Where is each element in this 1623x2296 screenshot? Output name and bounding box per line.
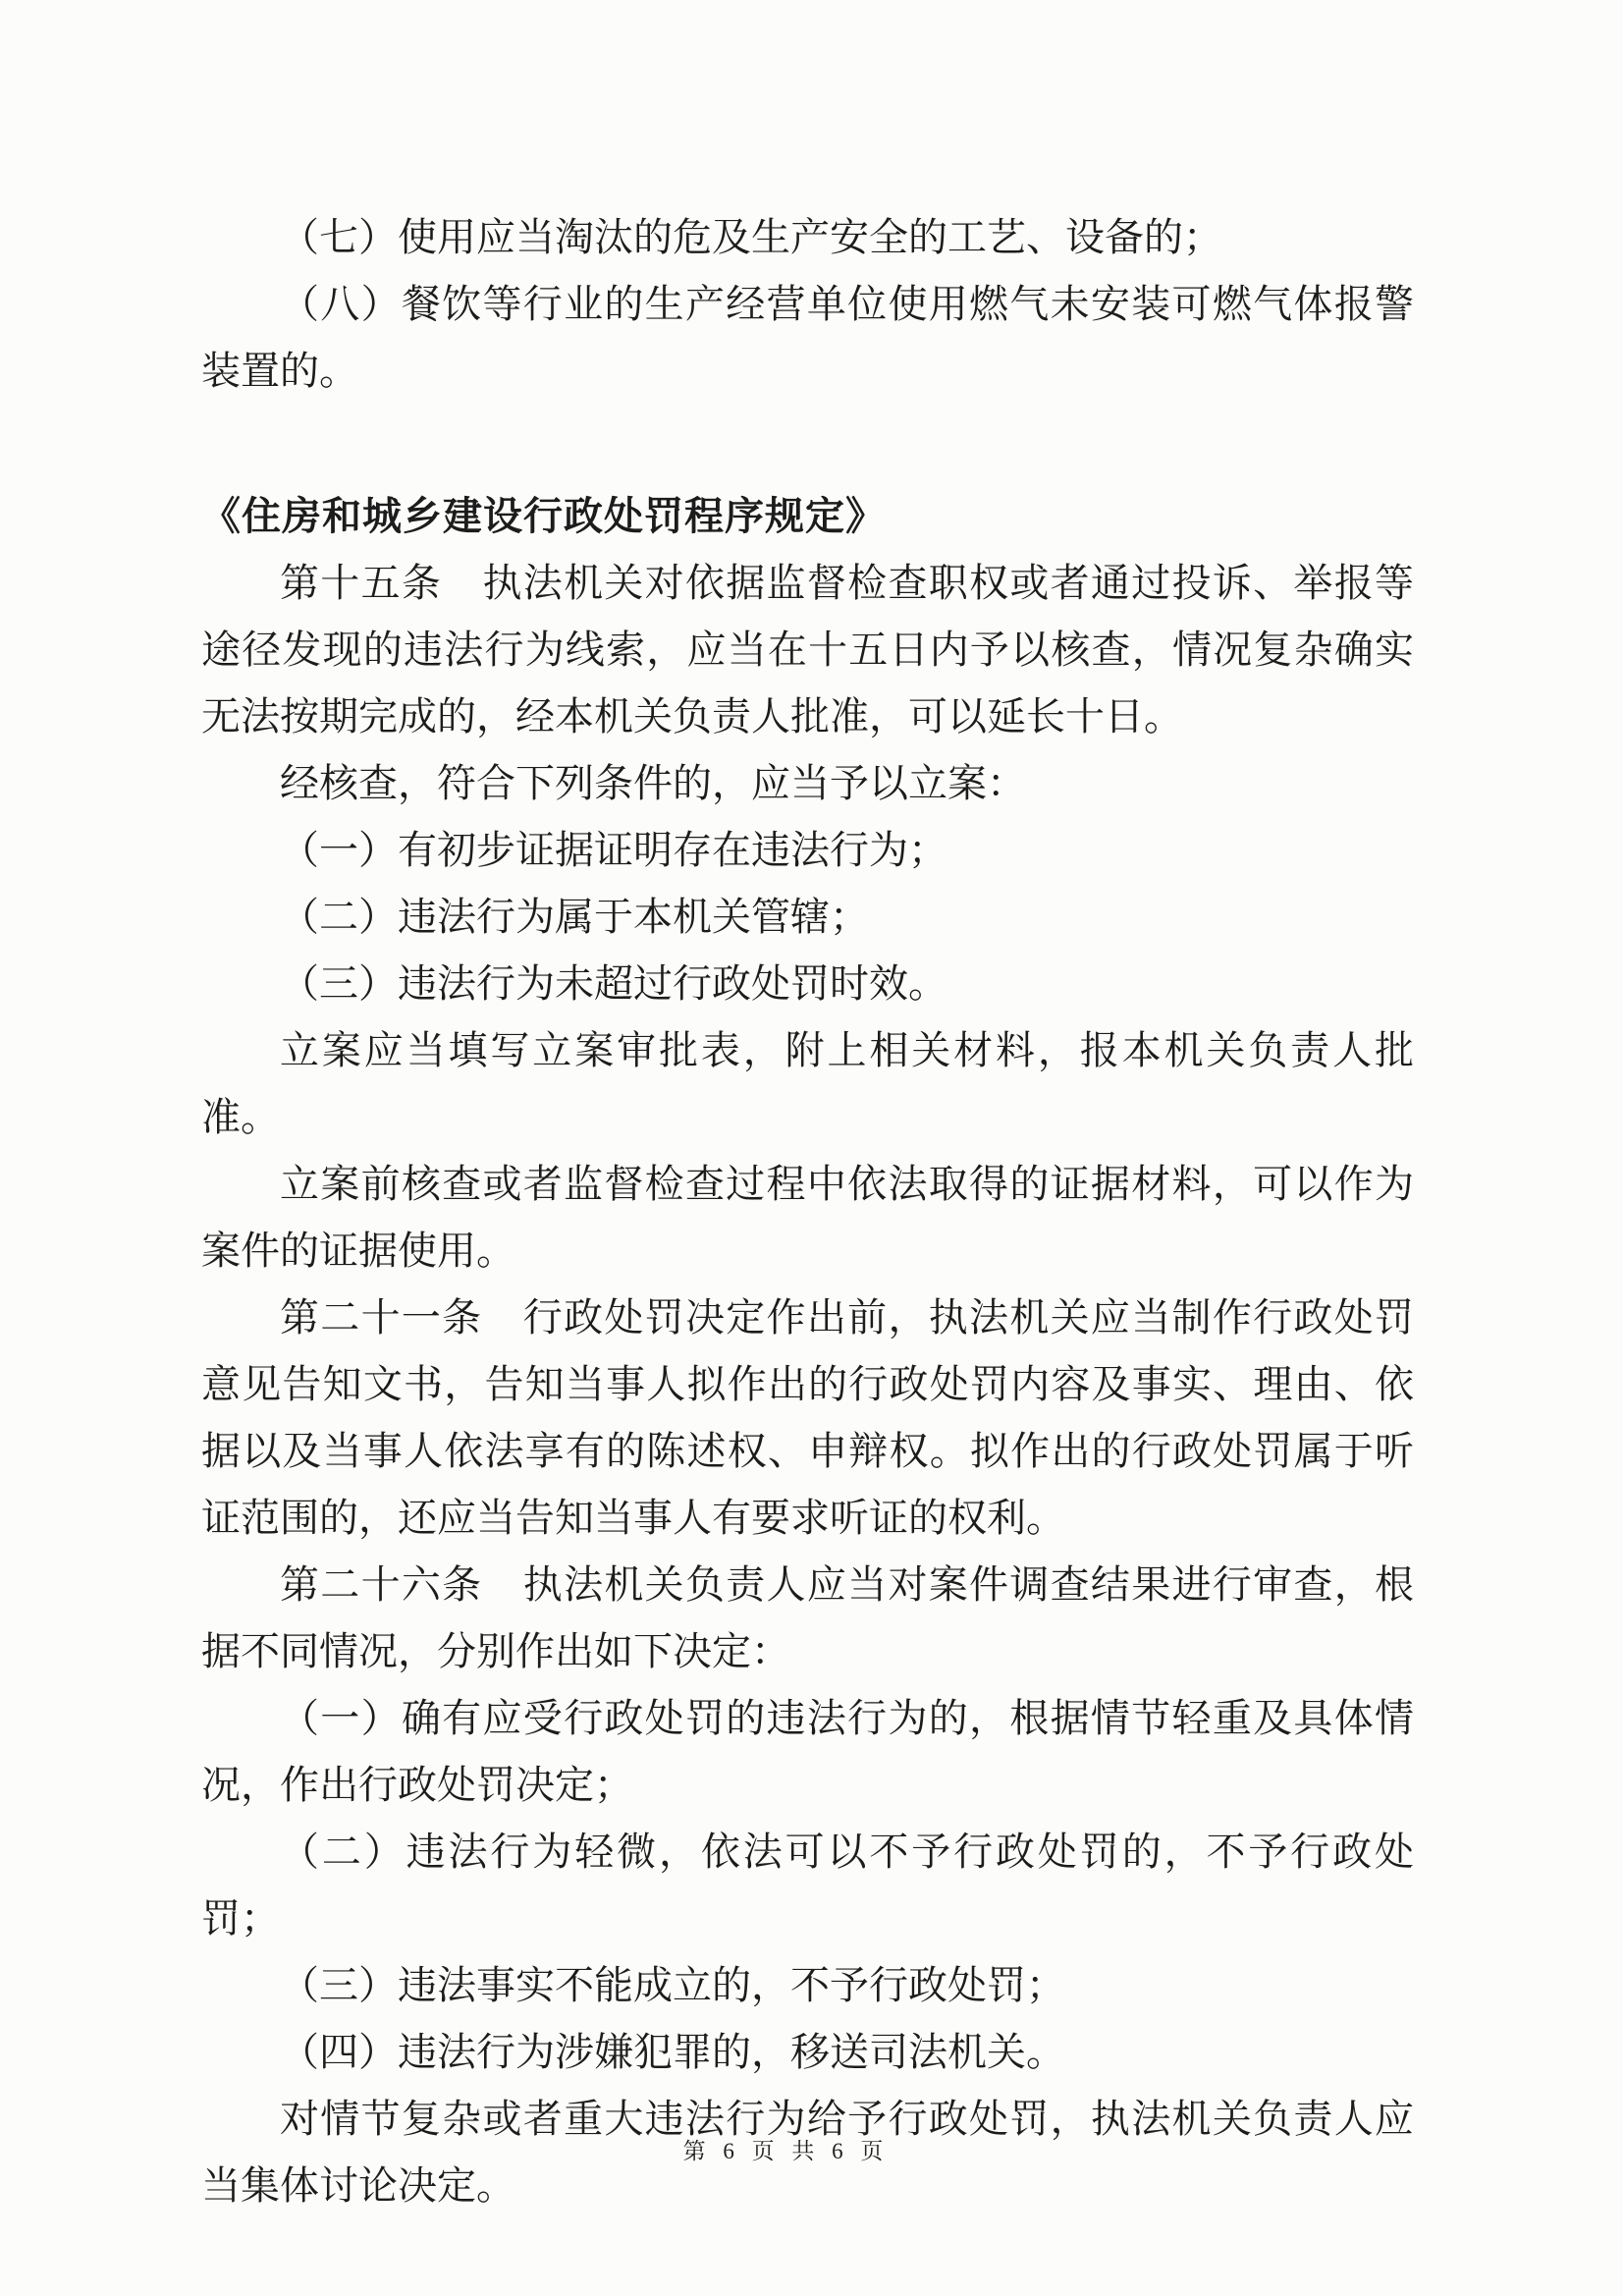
article-26-paragraph: 第二十六条 执法机关负责人应当对案件调查结果进行审查，根据不同情况，分别作出如下… [201, 1552, 1414, 1685]
list-item-7: （七）使用应当淘汰的危及生产安全的工艺、设备的； [201, 204, 1414, 271]
list-item-1: （一）确有应受行政处罚的违法行为的，根据情节轻重及具体情况，作出行政处罚决定； [201, 1685, 1414, 1819]
list-item-2: （二）违法行为轻微，依法可以不予行政处罚的，不予行政处罚； [201, 1819, 1414, 1952]
document-body: （七）使用应当淘汰的危及生产安全的工艺、设备的； （八）餐饮等行业的生产经营单位… [201, 204, 1414, 2219]
list-item-8: （八）餐饮等行业的生产经营单位使用燃气未安装可燃气体报警装置的。 [201, 271, 1414, 405]
list-item-4: （四）违法行为涉嫌犯罪的，移送司法机关。 [201, 2019, 1414, 2086]
article-15-paragraph: 第十五条 执法机关对依据监督检查职权或者通过投诉、举报等途径发现的违法行为线索，… [201, 550, 1414, 750]
regulation-title-heading: 《住房和城乡建设行政处罚程序规定》 [201, 483, 1414, 550]
paragraph: 立案应当填写立案审批表，附上相关材料，报本机关负责人批准。 [201, 1017, 1414, 1151]
document-page: （七）使用应当淘汰的危及生产安全的工艺、设备的； （八）餐饮等行业的生产经营单位… [0, 0, 1623, 2296]
paragraph: 经核查，符合下列条件的，应当予以立案： [201, 750, 1414, 817]
list-item-2: （二）违法行为属于本机关管辖； [201, 884, 1414, 951]
page-number-footer: 第 6 页 共 6 页 [0, 2137, 1597, 2166]
paragraph: 立案前核查或者监督检查过程中依法取得的证据材料，可以作为案件的证据使用。 [201, 1151, 1414, 1285]
list-item-3: （三）违法事实不能成立的，不予行政处罚； [201, 1952, 1414, 2019]
list-item-1: （一）有初步证据证明存在违法行为； [201, 817, 1414, 884]
article-21-paragraph: 第二十一条 行政处罚决定作出前，执法机关应当制作行政处罚意见告知文书，告知当事人… [201, 1285, 1414, 1552]
list-item-3: （三）违法行为未超过行政处罚时效。 [201, 951, 1414, 1017]
